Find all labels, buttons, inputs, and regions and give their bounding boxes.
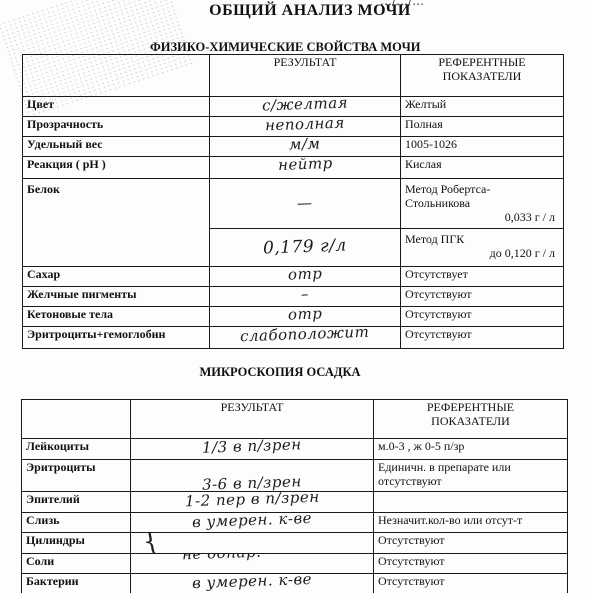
table-row: Эритроциты+гемоглобин слабоположит Отсут… (23, 327, 564, 349)
table-row: Эритроциты 3-6 в п/зрен Единичн. в препа… (22, 460, 568, 492)
row-label: Кетоновые тела (23, 307, 210, 327)
row-label: Лейкоциты (22, 439, 131, 460)
header-reference-line2: ПОКАЗАТЕЛИ (443, 69, 522, 83)
table-row: Лейкоциты 1/3 в п/зрен м.0-3 , ж 0-5 п/з… (22, 439, 568, 460)
table-row: Сахар отр Отсутствует (23, 267, 564, 287)
result-cell: — (210, 179, 401, 229)
handwritten-result: 1-2 пер в п/зрен (184, 492, 319, 509)
reference-value: 0,033 г / л (405, 210, 559, 224)
reference-value: Отсутствуют (374, 554, 568, 574)
reference-line1: Единичн. в препарате или (378, 460, 511, 474)
row-label: Бактерии (22, 574, 131, 593)
reference-value: Желтый (401, 97, 564, 117)
row-label: Эритроциты+гемоглобин (23, 327, 210, 349)
microscopy-table: РЕЗУЛЬТАТ РЕФЕРЕНТНЫЕ ПОКАЗАТЕЛИ Лейкоци… (21, 399, 568, 593)
table-row: Соли не обнар. Отсутствуют (22, 554, 568, 574)
table-row: Желчные пигменты – Отсутствуют (23, 287, 564, 307)
handwritten-result: 1/3 в п/зрен (202, 439, 302, 455)
table-row: Эпителий 1-2 пер в п/зрен (22, 492, 568, 513)
result-cell: отр (210, 307, 401, 327)
result-cell: 3-6 в п/зрен (131, 460, 374, 492)
header-result: РЕЗУЛЬТАТ (210, 55, 401, 97)
row-label: Белок (23, 179, 210, 267)
handwritten-result: 3-6 в п/зрен (202, 474, 302, 491)
reference-value (374, 492, 568, 513)
table-header-row: РЕЗУЛЬТАТ РЕФЕРЕНТНЫЕ ПОКАЗАТЕЛИ (23, 55, 564, 97)
result-cell: не обнар. (131, 554, 374, 574)
row-label: Соли (22, 554, 131, 574)
reference-method-name: Метод Робертса- (405, 182, 490, 196)
reference-method-name: Метод ПГК (405, 232, 464, 246)
row-label: Удельный вес (23, 137, 210, 157)
reference-value: м.0-3 , ж 0-5 п/зр (374, 439, 568, 460)
result-cell: слабоположит (210, 327, 401, 349)
row-label: Эритроциты (22, 460, 131, 492)
header-name-cell (23, 55, 210, 97)
handwritten-result: м/м (289, 137, 321, 152)
handwritten-result: в умерен. к-ве (192, 574, 312, 591)
document-title: ОБЩИЙ АНАЛИЗ МОЧИ (0, 2, 590, 20)
result-cell: 0,179 г/л (210, 229, 401, 267)
row-label: Реакция ( pH ) (23, 157, 210, 179)
result-cell: 1/3 в п/зрен (131, 439, 374, 460)
row-label: Цилиндры (22, 533, 131, 554)
reference-value: до 0,120 г / л (405, 246, 559, 260)
result-cell: отр (210, 267, 401, 287)
row-label: Желчные пигменты (23, 287, 210, 307)
reference-value: Кислая (401, 157, 564, 179)
table-row: Цвет с/желтая Желтый (23, 97, 564, 117)
handwritten-result: не обнар. (182, 554, 262, 562)
reference-method-name-cont: Стольникова (405, 196, 470, 210)
reference-value: Отсутствует (401, 267, 564, 287)
reference-value: Незначит.кол-во или отсут-т (374, 513, 568, 533)
result-cell: с/желтая (210, 97, 401, 117)
table-row: Бактерии в умерен. к-ве Отсутствуют (22, 574, 568, 593)
header-reference-line2: ПОКАЗАТЕЛИ (431, 414, 510, 428)
table-row: Слизь в умерен. к-ве Незначит.кол-во или… (22, 513, 568, 533)
table-row: Реакция ( pH ) нейтр Кислая (23, 157, 564, 179)
reference-value: Отсутствуют (374, 574, 568, 593)
table-header-row: РЕЗУЛЬТАТ РЕФЕРЕНТНЫЕ ПОКАЗАТЕЛИ (22, 400, 568, 439)
handwritten-result: отр (288, 307, 323, 322)
brace-mark: } (143, 535, 160, 549)
result-cell: 1-2 пер в п/зрен (131, 492, 374, 513)
header-result: РЕЗУЛЬТАТ (131, 400, 374, 439)
physchem-table: РЕЗУЛЬТАТ РЕФЕРЕНТНЫЕ ПОКАЗАТЕЛИ Цвет с/… (22, 54, 564, 349)
header-reference: РЕФЕРЕНТНЫЕ ПОКАЗАТЕЛИ (374, 400, 568, 439)
reference-line2: отсутствуют (378, 474, 442, 488)
row-label: Сахар (23, 267, 210, 287)
reference-value: Отсутствуют (401, 327, 564, 349)
header-reference-line1: РЕФЕРЕНТНЫЕ (427, 400, 514, 414)
table-row: Цилиндры } Отсутствуют (22, 533, 568, 554)
handwritten-result: с/желтая (262, 97, 348, 113)
reference-cell: Метод ПГК до 0,120 г / л (401, 229, 564, 267)
result-cell: неполная (210, 117, 401, 137)
handwritten-result: 0,179 г/л (263, 239, 347, 256)
handwritten-result: — (297, 196, 313, 211)
reference-value: Полная (401, 117, 564, 137)
result-cell: нейтр (210, 157, 401, 179)
reference-value: 1005-1026 (401, 137, 564, 157)
row-label: Прозрачность (23, 117, 210, 137)
section-title-physchem: ФИЗИКО-ХИМИЧЕСКИЕ СВОЙСТВА МОЧИ (150, 40, 420, 55)
header-reference: РЕФЕРЕНТНЫЕ ПОКАЗАТЕЛИ (401, 55, 564, 97)
result-cell: } (131, 533, 374, 554)
table-row: Прозрачность неполная Полная (23, 117, 564, 137)
result-cell: в умерен. к-ве (131, 574, 374, 593)
reference-cell: Единичн. в препарате или отсутствуют (374, 460, 568, 492)
handwritten-result: – (301, 287, 309, 301)
row-label: Эпителий (22, 492, 131, 513)
reference-value: Отсутствуют (401, 307, 564, 327)
reference-cell: Метод Робертса- Стольникова 0,033 г / л (401, 179, 564, 229)
reference-value: Отсутствуют (374, 533, 568, 554)
table-row: Удельный вес м/м 1005-1026 (23, 137, 564, 157)
handwritten-result: слабоположит (240, 327, 370, 344)
header-reference-line1: РЕФЕРЕНТНЫЕ (438, 55, 525, 69)
handwritten-result: отр (288, 267, 323, 282)
handwritten-result: неполная (265, 117, 345, 133)
row-label: Цвет (23, 97, 210, 117)
result-cell: – (210, 287, 401, 307)
handwritten-result: нейтр (277, 157, 332, 172)
table-row-protein-method1: Белок — Метод Робертса- Стольникова 0,03… (23, 179, 564, 229)
reference-value: Отсутствуют (401, 287, 564, 307)
handwritten-result: в умерен. к-ве (192, 513, 312, 530)
result-cell: м/м (210, 137, 401, 157)
table-row: Кетоновые тела отр Отсутствуют (23, 307, 564, 327)
row-label: Слизь (22, 513, 131, 533)
result-cell: в умерен. к-ве (131, 513, 374, 533)
header-name-cell (22, 400, 131, 439)
section-title-microscopy: МИКРОСКОПИЯ ОСАДКА (0, 365, 560, 380)
